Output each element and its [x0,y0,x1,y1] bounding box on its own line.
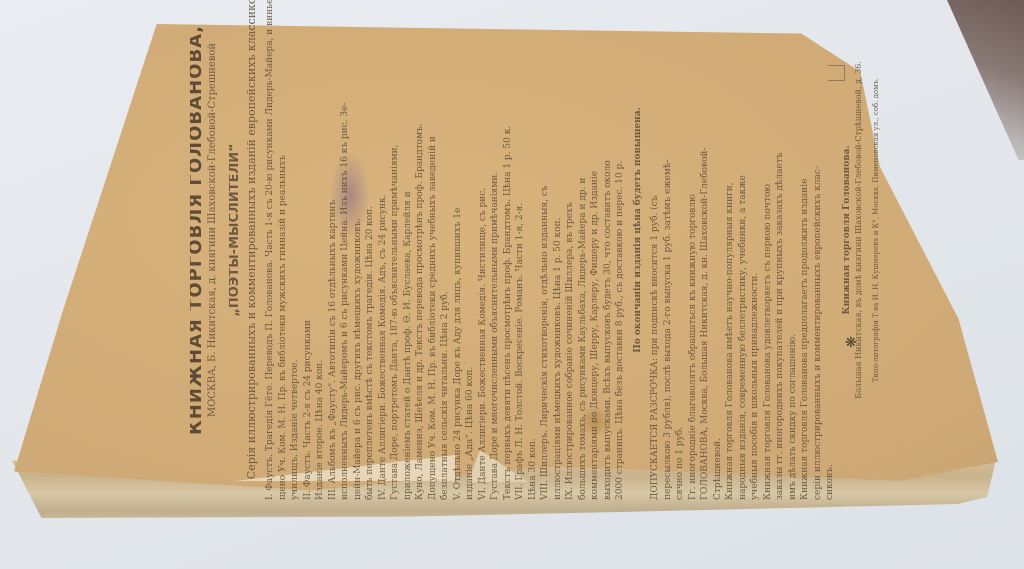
entrie-line: V. Отдѣльно 24 рисунка Доре къ Аду для л… [452,0,465,500]
entrie-line: II. Фаустъ. Часть 2-я съ 24 рисунками [302,0,315,500]
notice-line: учебныя пособія и школьныя принадлежност… [749,0,762,500]
notice-line: Книжная торговля Голованова предполагает… [799,0,812,500]
notice-line: Стрѣшневой. [712,0,725,500]
entrie-line: Густава Доре, портретомъ Данта, 187-ю об… [389,0,402,500]
entrie-line: 2000 страницъ. Цѣна безъ доставки 8 руб.… [614,0,627,500]
installment-line: сячно по 1 руб. [674,0,687,500]
entrie-line: I. Фаустъ. Трагедія Гёте. Переводъ П. Го… [264,0,277,500]
publisher-address: МОСКВА, Б. Никитская, д. княгини Шаховск… [207,0,220,500]
entrie-line: быть переплетенъ вмѣстѣ съ текстомъ траг… [364,0,377,500]
entrie-line: Цѣна 30 коп. [527,0,540,500]
entrie-line: исполненныхъ Лидерь-Майеромъ и 6 съ рису… [339,0,352,500]
entrie-line: Текстъ первыхъ девяти пѣсенъ просмотрѣнъ… [502,0,515,500]
entrie-line: VIII. Шиллеръ. Лирическія стихотворенія,… [539,0,552,500]
entrie-line: щено Уч. Ком. М. Н. Пр. въ библіотеки му… [277,0,290,500]
entrie-line: Допущено Уч. Ком. М. Н. Пр. въ библіотек… [427,0,440,500]
notice-line: народныя изданія, современную беллетрист… [737,0,750,500]
background-object-shadow [914,0,1024,160]
entrie-line: цейн-Майера и 6 съ рис. другихъ нѣмецких… [352,0,365,500]
printer-line: Типо-литографія Т-ва И. Н. Кушнеревъ и К… [870,0,883,500]
entrie-line: безплатныя сельскія читальни. Цѣна 2 руб… [439,0,452,500]
entrie-line: III. Альбомъ къ „Фаусту“. Автотипіи съ 1… [327,0,340,500]
cover-text: КНИЖНАЯ ТОРГОВЛЯ ГОЛОВАНОВА, МОСКВА, Б. … [190,0,750,500]
entrie-line: IX. Иллюстрированное собраніе сочиненій … [564,0,577,500]
entrie-line: комментаріями по Дюнцеру, Шерру, Карлеру… [589,0,602,500]
notice-line: сиковъ. [824,0,837,500]
notice-line: ГОЛОВАНОВА, Москва, Большая Никитская, д… [699,0,712,500]
entrie-line: большихъ томахъ, съ рисунками Каульбаха,… [577,0,590,500]
entrie-line: IV. Данте Аллигіери. Божественная Комеді… [377,0,390,500]
notice-line: серіи иллюстрированныхъ и комментированн… [812,0,825,500]
publisher-notices: Гг. иногородніе благоволятъ обращаться к… [687,0,837,500]
entrie-line: приложеніемъ статей о Дантѣ проф. Ө. И. … [402,0,415,500]
installment-line: пересылкою 3 рубля), послѣ выхода 2-го в… [662,0,675,500]
entrie-line: VI. Данте Аллигіери. Божественная Комеді… [477,0,490,500]
footer-address: Большая Никитская, въ домѣ княгини Шахов… [853,0,866,500]
series-name: „ПОЭТЫ-МЫСЛИТЕЛИ“ [229,0,242,500]
entrie-line: изданіе „Ада“. Цѣна 60 коп. [464,0,477,500]
publisher-title: КНИЖНАЯ ТОРГОВЛЯ ГОЛОВАНОВА, [190,0,203,500]
entrie-line: иллюстраціями нѣмецкихъ художниковъ. Цѣн… [552,0,565,500]
notice-line: Книжная торговля Голованова имѣетъ научн… [724,0,737,500]
installment-terms: ДОПУСКАЕТСЯ РАЗСРОЧКА: при подпискѣ внос… [649,0,687,500]
entrie-line: Куно, Ламеннэ, Шеѣеля и др. Текстъ перев… [414,0,427,500]
entrie-line: выходитъ выпусками. Всѣхъ выпусковъ буде… [602,0,615,500]
notice-line: имъ дѣлать скидку по соглашенію. [787,0,800,500]
entrie-line: училищъ. Изданіе четвертое. [289,0,302,500]
notice-line: заказы гг. иногороднихъ покупателей и пр… [774,0,787,500]
entrie-line: VII. Графъ Л. Н. Толстой. Воскресеніе. Р… [514,0,527,500]
entrie-line: Густава Доре и многочисленными объясните… [489,0,502,500]
catalog-entries: I. Фаустъ. Трагедія Гёте. Переводъ П. Го… [264,0,627,500]
footer-publisher: Книжная торговля Голованова. [841,0,854,500]
installment-line: ДОПУСКАЕТСЯ РАЗСРОЧКА: при подпискѣ внос… [649,0,662,500]
notice-line: Гг. иногородніе благоволятъ обращаться к… [687,0,700,500]
price-notice: По окончаніи изданія цѣна будетъ повышен… [632,0,645,500]
notice-line: Книжная торговля Голованова удовлетворяе… [762,0,775,500]
series-subtitle: Серія иллюстрированныхъ и комментированн… [246,0,259,500]
entrie-line: Изданіе второе. Цѣна 40 коп. [314,0,327,500]
